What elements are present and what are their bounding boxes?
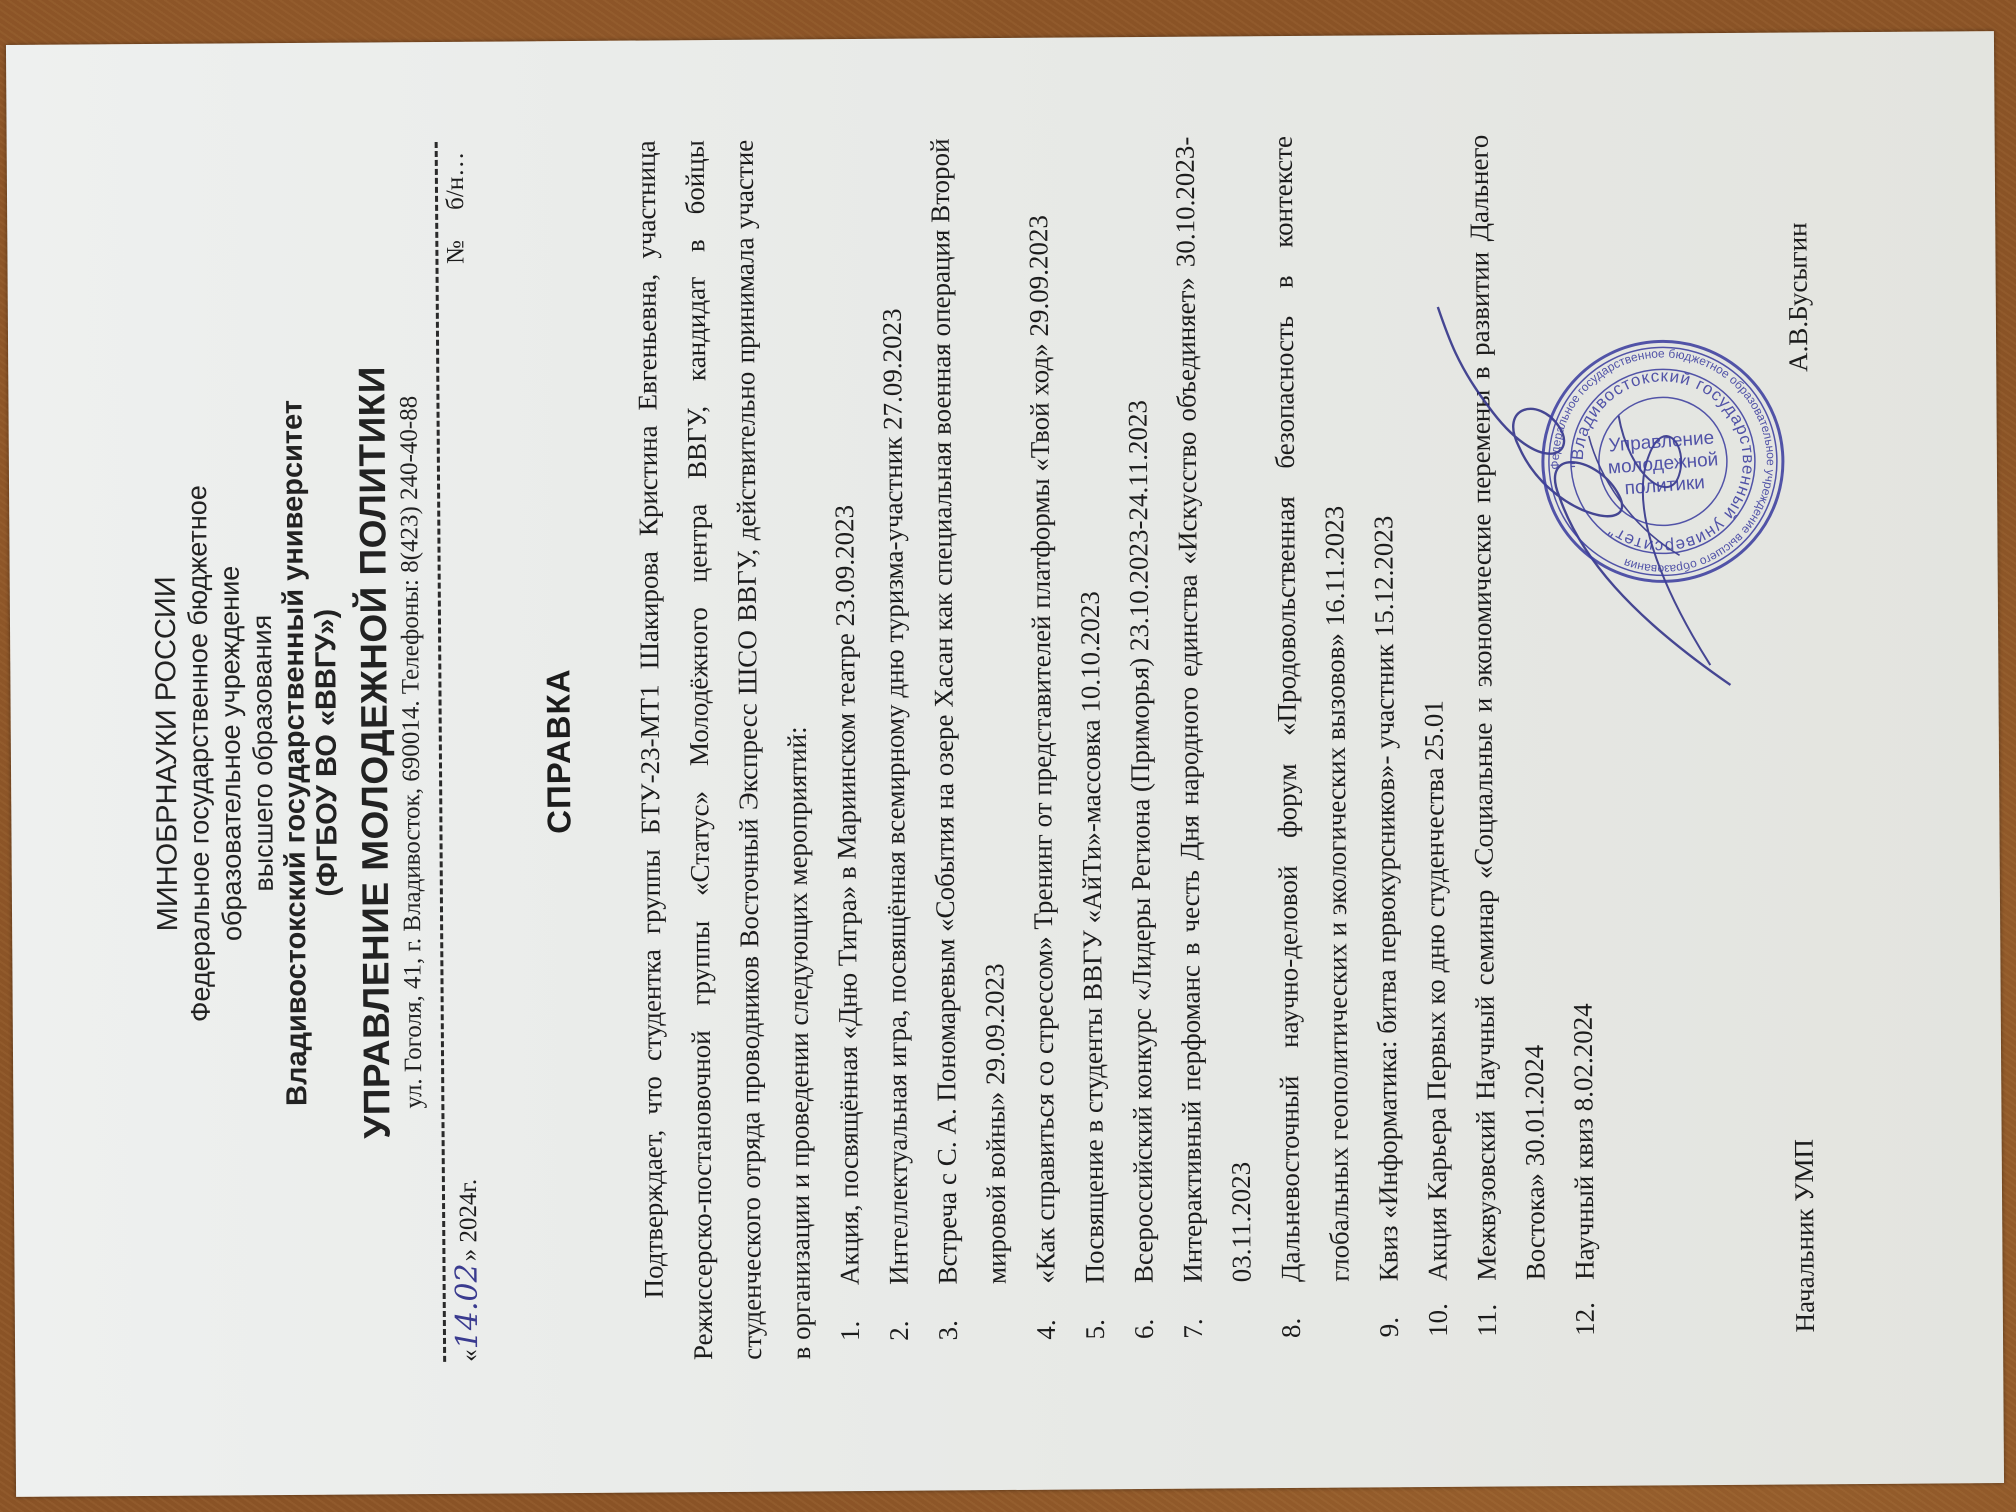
event-text: Встреча с С. А. Пономаревым «События на … [916, 138, 1022, 1285]
event-list-item: 9.Квиз «Информатика: битва первокурснико… [1357, 135, 1415, 1355]
event-text: Интеллектуальная игра, посвящённая всеми… [867, 139, 924, 1285]
event-list-item: 1.Акция, посвящённая «Дню Тигра» в Марии… [818, 139, 876, 1359]
registration-year: 2024г. [455, 1179, 482, 1243]
event-number: 4. [1022, 1284, 1072, 1358]
document-title: СПРАВКА [536, 141, 583, 1361]
event-text: Акция, посвящённая «Дню Тигра» в Мариинс… [818, 139, 875, 1285]
event-text: Интерактивный перфоманс в честь Дня наро… [1161, 136, 1267, 1283]
event-number: 12. [1561, 1280, 1611, 1354]
event-number: 6. [1120, 1283, 1170, 1357]
event-text: «Как справиться со стрессом» Тренинг от … [1014, 138, 1071, 1284]
letterhead: МИНОБРНАУКИ РОССИИ Федеральное государст… [147, 142, 402, 1364]
event-number: 3. [924, 1284, 1023, 1359]
event-number: 11. [1463, 1280, 1562, 1355]
date-close-quote: » [455, 1249, 482, 1262]
event-list-item: 2.Интеллектуальная игра, посвящённая все… [867, 139, 925, 1359]
event-list-item: 8.Дальневосточный научно-деловой форум «… [1259, 136, 1366, 1357]
event-list-item: 7.Интерактивный перфоманс в честь Дня на… [1161, 136, 1268, 1357]
signatory-role: Начальник УМП [1789, 1139, 1821, 1333]
registration-number: № б/н… [442, 152, 471, 264]
signature-block: Начальник УМП А.В.Бусыгин [1782, 132, 1831, 1352]
event-list-item: 3.Встреча с С. А. Пономаревым «События н… [916, 138, 1023, 1359]
date-open-quote: « [456, 1349, 483, 1362]
number-label: № [442, 240, 469, 264]
event-number: 10. [1414, 1281, 1464, 1355]
event-text: Посвящение в студенты ВВГУ «АйТи»-массов… [1063, 137, 1120, 1283]
certificate-paper: МИНОБРНАУКИ РОССИИ Федеральное государст… [6, 31, 2004, 1497]
official-stamp: Федеральное государственное бюджетное об… [1530, 328, 1796, 594]
event-number: 2. [875, 1285, 925, 1359]
number-value: б/н… [442, 152, 469, 210]
registration-date: «14.02» 2024г. [449, 1179, 485, 1362]
event-text: Квиз «Информатика: битва первокурсников»… [1357, 135, 1414, 1281]
event-number: 9. [1365, 1281, 1415, 1355]
event-list-item: 5.Посвящение в студенты ВВГУ «АйТи»-масс… [1063, 137, 1121, 1357]
event-list-item: 6.Всероссийский конкурс «Лидеры Региона … [1112, 137, 1170, 1357]
event-number: 8. [1267, 1282, 1366, 1357]
event-text: Дальневосточный научно-деловой форум «Пр… [1259, 136, 1365, 1283]
signatory-name: А.В.Бусыгин [1782, 222, 1814, 372]
handwritten-date: 14.02 [449, 1263, 485, 1349]
event-number: 1. [826, 1285, 876, 1359]
registration-line: «14.02» 2024г. № б/н… [435, 142, 493, 1362]
event-list-item: 4.«Как справиться со стрессом» Тренинг о… [1014, 138, 1072, 1358]
event-number: 7. [1169, 1282, 1268, 1357]
intro-paragraph: Подтверждает, что студентка группы БТУ-2… [622, 139, 827, 1360]
event-text: Всероссийский конкурс «Лидеры Региона (П… [1112, 137, 1169, 1283]
event-number: 5. [1071, 1283, 1121, 1357]
